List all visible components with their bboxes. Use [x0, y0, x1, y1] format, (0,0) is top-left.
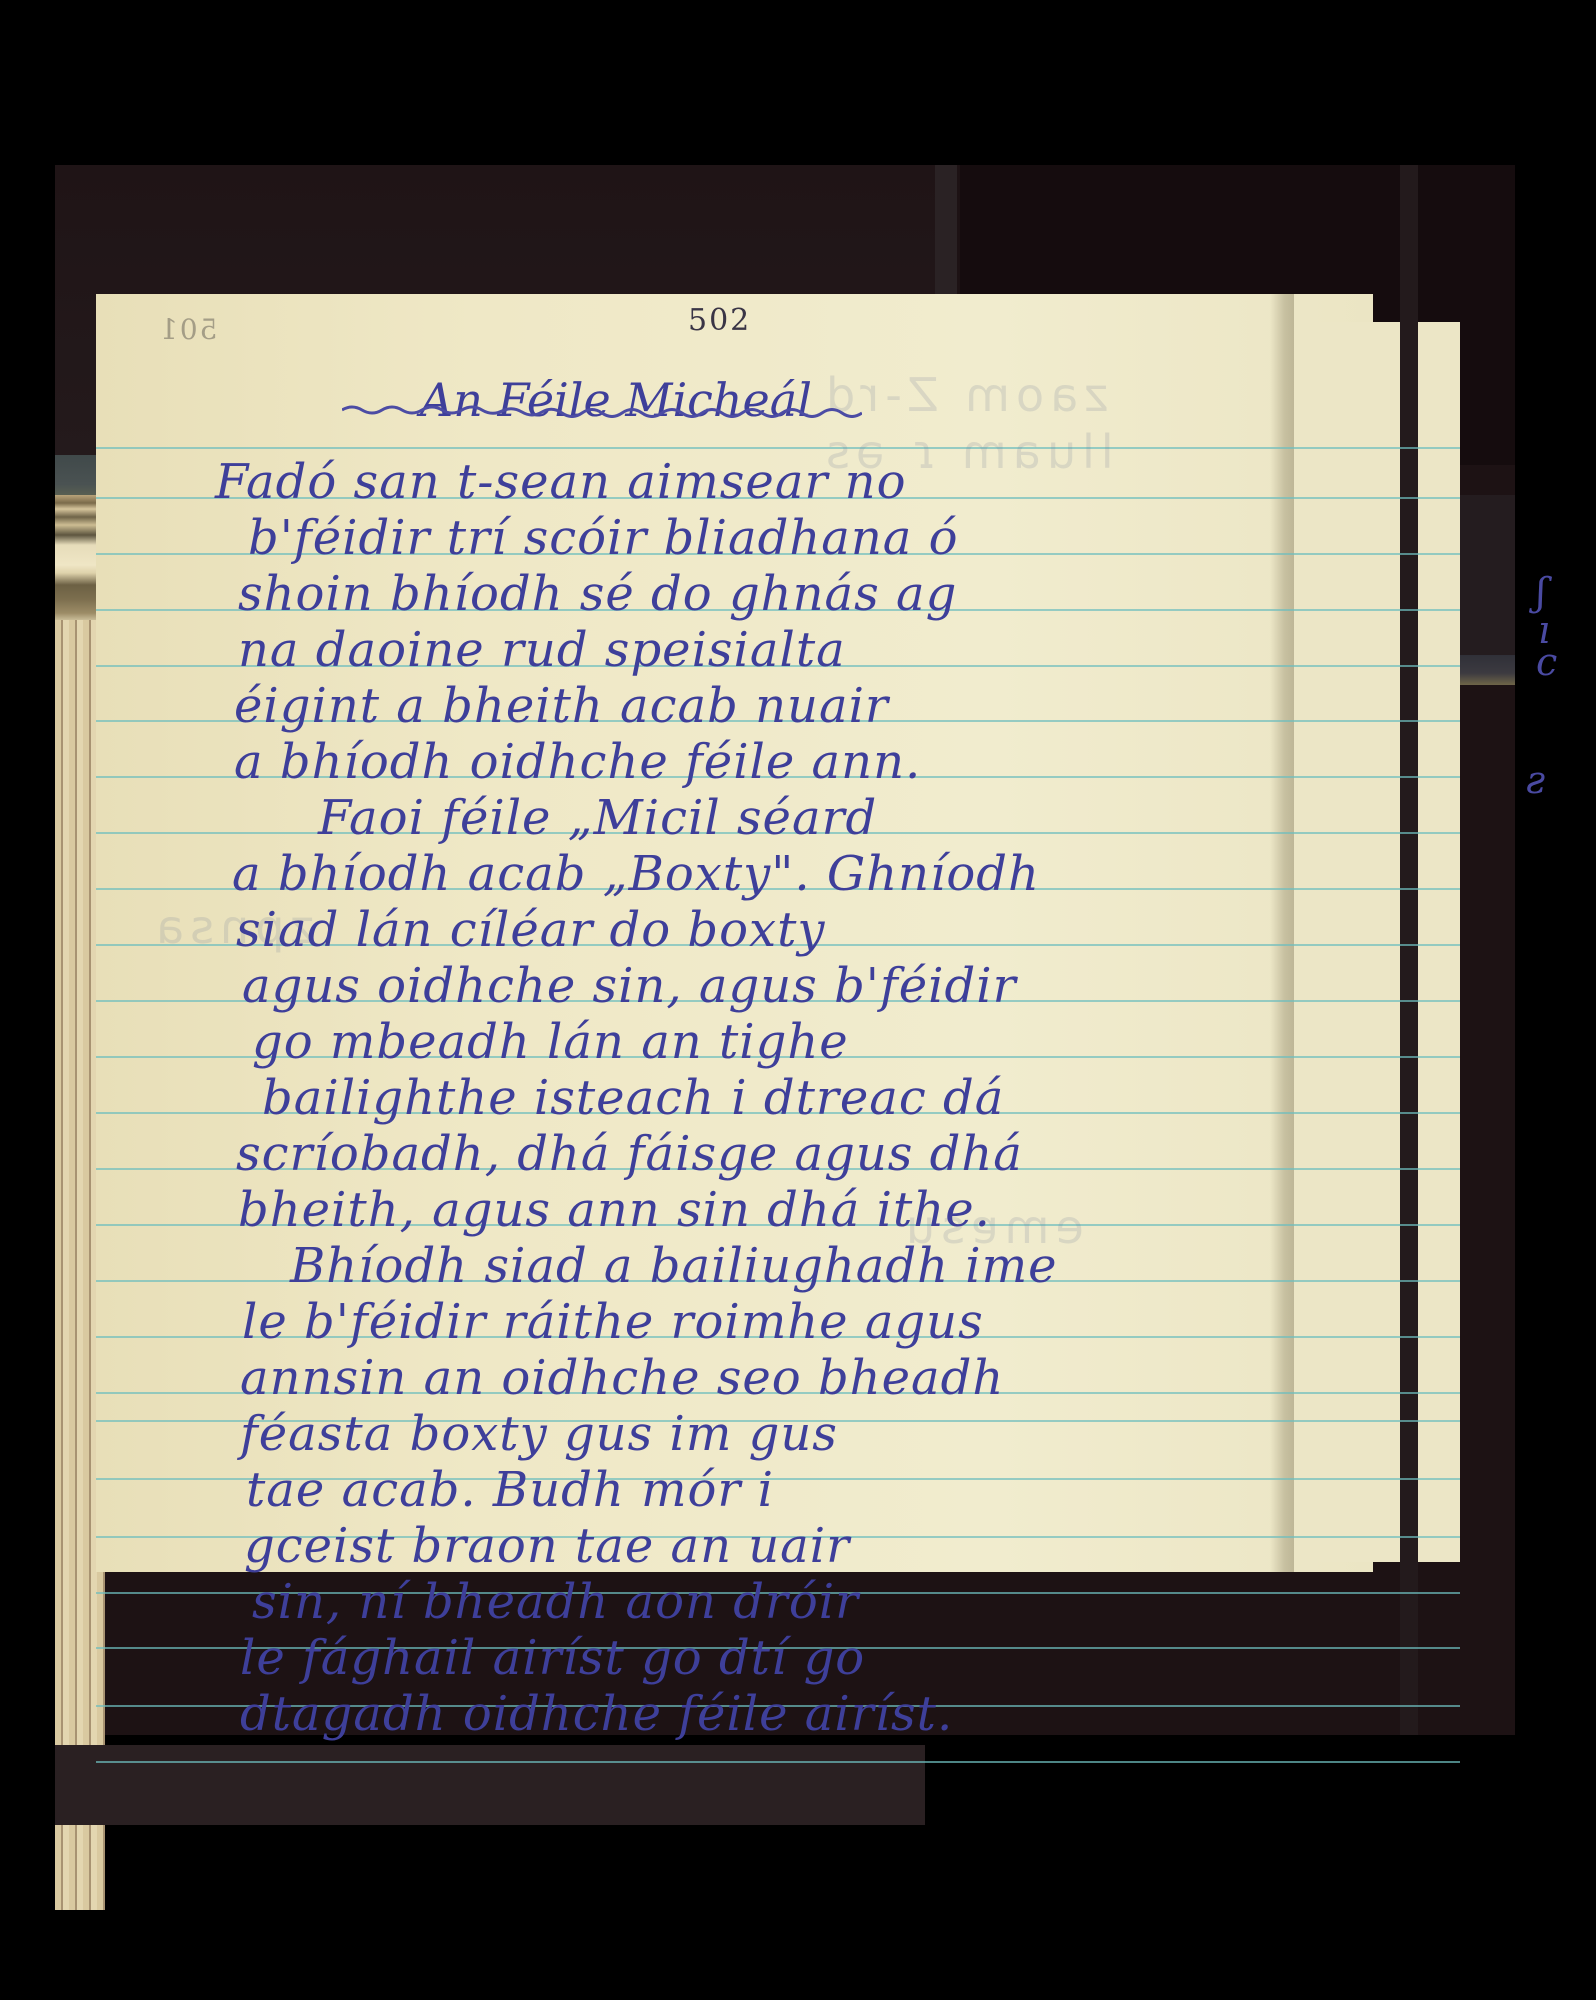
text-line: a bhíodh oidhche féile ann. [234, 738, 921, 786]
text-line: bheith, agus ann sin dhá ithe. [238, 1186, 991, 1234]
text-line: go mbeadh lán an tighe [252, 1018, 849, 1066]
text-line: dtagadh oidhche féile airíst. [240, 1690, 953, 1738]
text-line: féasta boxty gus im gus [240, 1410, 838, 1458]
bottom-cover [55, 1745, 925, 1825]
text-line: siad lán cíléar do boxty [236, 906, 826, 954]
text-line: scríobadh, dhá fáisge agus dhá [236, 1130, 1023, 1178]
text-line: Bhíodh siad a bailiughadh ime [290, 1242, 1058, 1290]
right-cover-spine [1400, 165, 1418, 1735]
facing-page-edge [1293, 322, 1460, 1562]
text-line: Faoi féile „Micil séard [318, 794, 877, 842]
title-wavy-underline [342, 404, 862, 418]
text-line: agus oidhche sin, agus b'féidir [242, 962, 1017, 1010]
faded-page-number: 501 [158, 313, 217, 346]
page-title: An Féile Micheál [420, 373, 812, 427]
page-number: 502 [688, 303, 751, 338]
text-line: gceist braon tae an uair [244, 1522, 850, 1570]
facing-page-handwriting: c [1536, 640, 1557, 684]
text-line: le fághail airíst go dtí go [240, 1634, 865, 1682]
text-line: éigint a bheith acab nuair [234, 682, 889, 730]
page-gutter [1270, 294, 1294, 1572]
text-line: b'féidir trí scóir bliadhana ó [248, 514, 959, 562]
text-line: shoin bhíodh sé do ghnás ag [238, 570, 957, 618]
text-line: le b'féidir ráithe roimhe agus [242, 1298, 984, 1346]
text-line: annsin an oidhche seo bheadh [240, 1354, 1004, 1402]
facing-page-handwriting: ƨ [1526, 758, 1546, 802]
text-line: Fadó san t-sean aimsear no [215, 458, 906, 506]
text-line: a bhíodh acab „Boxty". Ghníodh [232, 850, 1040, 898]
bleed-through-text: zaom Z-rd [820, 368, 1109, 422]
text-line: tae acab. Budh mór i [246, 1466, 774, 1514]
text-line: sin, ní bheadh aon dróir [252, 1578, 859, 1626]
text-line: na daoine rud speisialta [238, 626, 846, 674]
text-line: bailighthe isteach i dtreac dá [262, 1074, 1004, 1122]
